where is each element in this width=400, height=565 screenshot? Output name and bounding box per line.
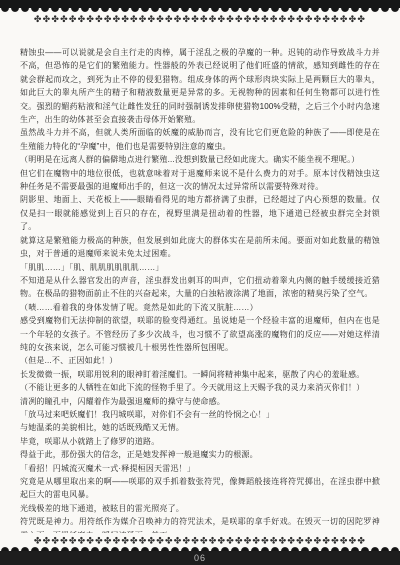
paragraph: 得益于此，那份强大的信念，正是她发挥神一般退魔实力的根源。 xyxy=(20,448,380,461)
paragraph: 毕竟，咲耶从小就踏上了修罗的道路。 xyxy=(20,435,380,448)
dialogue-line: 「放马过来吧妖魔们！我円城咲耶，对你们不会有一丝的怜悯之心！」 xyxy=(20,408,380,421)
paragraph: 不知道是从什么器官发出的声音，淫虫群发出刺耳的叫声，它们扭动着睾丸内侧的触手缓缓… xyxy=(20,274,380,301)
paragraph: （明明是在远离人群的偏僻地点进行繁殖...没想到数量已经如此庞大。确实不能坐视不… xyxy=(20,153,380,166)
inner-monologue-line: （但是...不、正因如此！） xyxy=(20,354,380,367)
page-text-block: 精蚀虫——可以说就是会自主行走的肉棒，属于淫乱之极的孕魔的一种。迟钝的动作导致战… xyxy=(0,26,400,533)
top-ornament-row: ✤✤✤✤✤✤✤✤✤✤✤✤✤✤✤✤✤✤✤✤✤✤✤✤✤✤✤✤✤✤✤✤✤✤✤✤✤✤ xyxy=(0,13,400,26)
bottom-border-bar: 06 xyxy=(0,551,400,565)
dialogue-line: 「肌肌……」「肌、肌肌肌肌肌肌……」 xyxy=(20,261,380,274)
document-page: ✤✤✤✤✤✤✤✤✤✤✤✤✤✤✤✤✤✤✤✤✤✤✤✤✤✤✤✤✤✤✤✤✤✤✤✤✤✤ 精… xyxy=(0,0,400,565)
inner-monologue-line: （啧……看着我的身体发情了呢。竟然是如此的下流又肮脏……） xyxy=(20,301,380,314)
page-number: 06 xyxy=(194,553,206,563)
bottom-ornament-row: ✤✤✤✤✤✤✤✤✤✤✤✤✤✤✤✤✤✤✤✤✤✤✤✤✤✤✤✤✤✤✤✤✤✤✤✤✤✤ xyxy=(0,533,400,546)
paragraph: 光线极差的地下通道，被眩目的雷光照亮了。 xyxy=(20,502,380,515)
inner-monologue-line: （不能让更多的人牺牲在如此下流的怪物手里了。今天就用这上天赐予我的灵力来消灭你们… xyxy=(20,381,380,394)
paragraph: 阴影里、地面上、天花板上——眼睛看得见的地方都挤满了虫群，已经超过了内心预想的数… xyxy=(20,193,380,233)
paragraph: 与她温柔的美貌相比，她的话既残酷又无情。 xyxy=(20,421,380,434)
paragraph: 长发微微一振，咲耶用锐利的眼神盯着淫魔们。一瞬间将精神集中起来，驱散了内心的羞耻… xyxy=(20,368,380,381)
paragraph: 清冽的瞳孔中，闪耀着作为最强退魔师的操守与使命感。 xyxy=(20,395,380,408)
paragraph: 感受到魔物们无法抑制的欲望，咲耶的脸变得通红。虽说她是一个经验丰富的退魔师，但内… xyxy=(20,314,380,354)
top-border-bar xyxy=(0,0,400,8)
paragraph: 就算这是繁殖能力极高的种族，但发展到如此庞大的群体实在是前所未闻。要面对如此数量… xyxy=(20,234,380,261)
dialogue-line: 「看招！円城流灭魔术一式·释提桓因天雷迅！」 xyxy=(20,462,380,475)
paragraph: 精蚀虫——可以说就是会自主行走的肉棒，属于淫乱之极的孕魔的一种。迟钝的动作导致战… xyxy=(20,46,380,126)
paragraph: 究竟是从哪里取出来的啊——咲耶的双手抓着数张符咒，像舞蹈般接连将符咒掷出，在淫虫… xyxy=(20,475,380,502)
paragraph: 符咒既是神力。用符纸作为媒介召唤神力的符咒法术，是咲耶的拿手好戏。在毁灭一切的因… xyxy=(20,515,380,533)
paragraph: 虽然战斗力并不高，但就人类所面临的妖魔的威胁而言，没有比它们更危险的种族了——即… xyxy=(20,126,380,153)
paragraph: 但它们在魔物中的地位很低，也就意味着对于退魔师来说不是什么费力的对手。原本讨伐精… xyxy=(20,167,380,194)
